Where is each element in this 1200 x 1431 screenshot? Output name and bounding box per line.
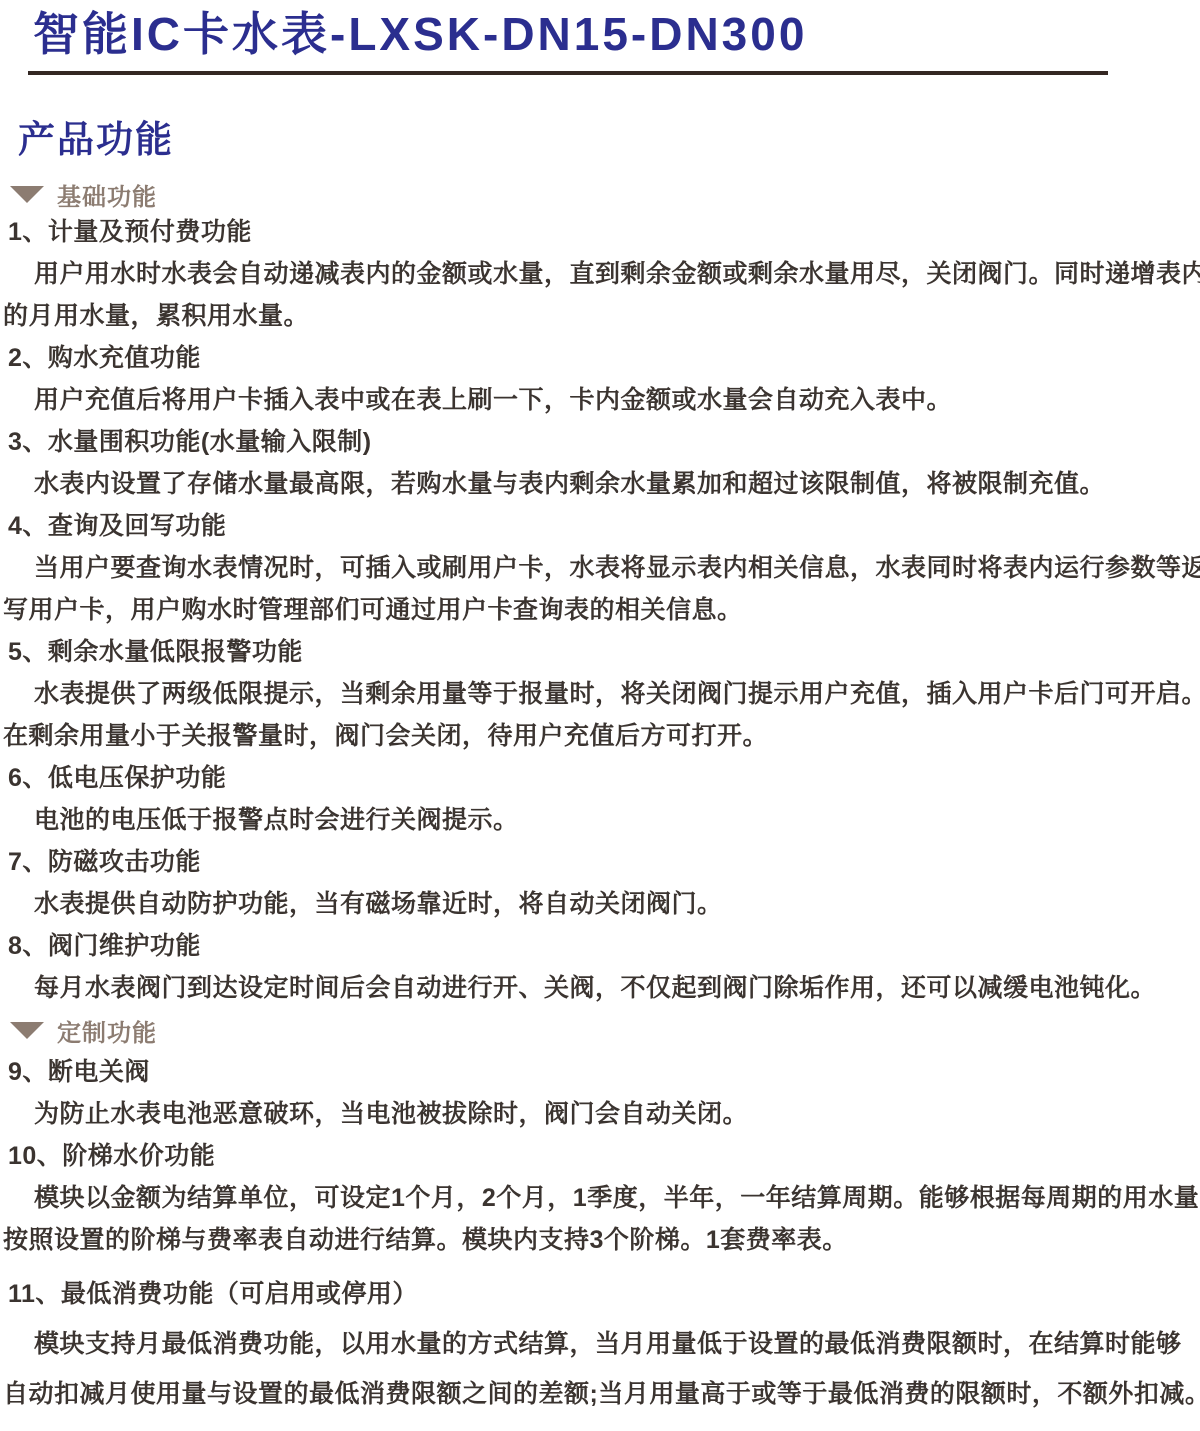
- group-label-basic: 基础功能: [10, 182, 1200, 206]
- triangle-down-icon: [10, 186, 44, 203]
- item-line: 水表内设置了存储水量最高限，若购水量与表内剩余水量累加和超过该限制值，将被限制充…: [0, 463, 1200, 505]
- item-heading: 11、最低消费功能（可启用或停用）: [0, 1269, 1200, 1319]
- item-line: 写用户卡，用户购水时管理部们可通过用户卡查询表的相关信息。: [0, 589, 1200, 631]
- item-line: 水表提供了两级低限提示，当剩余用量等于报量时，将关闭阀门提示用户充值，插入用户卡…: [0, 673, 1200, 715]
- item-heading: 7、防磁攻击功能: [0, 841, 1200, 883]
- item-line: 每月水表阀门到达设定时间后会自动进行开、关阀，不仅起到阀门除垢作用，还可以减缓电…: [0, 967, 1200, 1009]
- feature-item: 3、水量围积功能(水量输入限制) 水表内设置了存储水量最高限，若购水量与表内剩余…: [0, 421, 1200, 505]
- triangle-down-icon: [10, 1022, 44, 1039]
- item-line: 当用户要查询水表情况时，可插入或刷用户卡，水表将显示表内相关信息，水表同时将表内…: [0, 547, 1200, 589]
- item-line: 为防止水表电池恶意破环，当电池被拔除时，阀门会自动关闭。: [0, 1093, 1200, 1135]
- item-line: 模块以金额为结算单位，可设定1个月，2个月，1季度，半年，一年结算周期。能够根据…: [0, 1177, 1200, 1219]
- item-heading: 2、购水充值功能: [0, 337, 1200, 379]
- item-heading: 5、剩余水量低限报警功能: [0, 631, 1200, 673]
- document-page: 智能IC卡水表-LXSK-DN15-DN300 产品功能 基础功能 1、计量及预…: [0, 0, 1200, 1431]
- item-heading: 10、阶梯水价功能: [0, 1135, 1200, 1177]
- feature-item: 6、低电压保护功能 电池的电压低于报警点时会进行关阀提示。: [0, 757, 1200, 841]
- group-label-text: 定制功能: [57, 1013, 157, 1048]
- item-line: 在剩余用量小于关报警量时，阀门会关闭，待用户充值后方可打开。: [0, 715, 1200, 757]
- feature-item: 11、最低消费功能（可启用或停用） 模块支持月最低消费功能，以用水量的方式结算，…: [0, 1269, 1200, 1419]
- feature-item: 7、防磁攻击功能 水表提供自动防护功能，当有磁场靠近时，将自动关闭阀门。: [0, 841, 1200, 925]
- item-line: 按照设置的阶梯与费率表自动进行结算。模块内支持3个阶梯。1套费率表。: [0, 1219, 1200, 1261]
- item-heading: 6、低电压保护功能: [0, 757, 1200, 799]
- feature-item: 9、断电关阀 为防止水表电池恶意破环，当电池被拔除时，阀门会自动关闭。: [0, 1051, 1200, 1135]
- item-line: 模块支持月最低消费功能，以用水量的方式结算，当月用量低于设置的最低消费限额时，在…: [0, 1319, 1200, 1369]
- page-title: 智能IC卡水表-LXSK-DN15-DN300: [33, 6, 1200, 62]
- item-heading: 3、水量围积功能(水量输入限制): [0, 421, 1200, 463]
- group-label-custom: 定制功能: [10, 1009, 1200, 1051]
- feature-item: 10、阶梯水价功能 模块以金额为结算单位，可设定1个月，2个月，1季度，半年，一…: [0, 1135, 1200, 1261]
- feature-item: 1、计量及预付费功能 用户用水时水表会自动递减表内的金额或水量，直到剩余金额或剩…: [0, 211, 1200, 337]
- item-heading: 9、断电关阀: [0, 1051, 1200, 1093]
- item-line: 的月用水量，累积用水量。: [0, 295, 1200, 337]
- item-line: 用户用水时水表会自动递减表内的金额或水量，直到剩余金额或剩余水量用尽，关闭阀门。…: [0, 253, 1200, 295]
- item-line: 电池的电压低于报警点时会进行关阀提示。: [0, 799, 1200, 841]
- feature-item: 5、剩余水量低限报警功能 水表提供了两级低限提示，当剩余用量等于报量时，将关闭阀…: [0, 631, 1200, 757]
- feature-list: 1、计量及预付费功能 用户用水时水表会自动递减表内的金额或水量，直到剩余金额或剩…: [0, 211, 1200, 1419]
- section-heading: 产品功能: [18, 120, 1200, 160]
- group-label-text: 基础功能: [57, 177, 157, 212]
- feature-item: 8、阀门维护功能 每月水表阀门到达设定时间后会自动进行开、关阀，不仅起到阀门除垢…: [0, 925, 1200, 1009]
- item-line: 水表提供自动防护功能，当有磁场靠近时，将自动关闭阀门。: [0, 883, 1200, 925]
- item-heading: 8、阀门维护功能: [0, 925, 1200, 967]
- feature-item: 4、查询及回写功能 当用户要查询水表情况时，可插入或刷用户卡，水表将显示表内相关…: [0, 505, 1200, 631]
- item-line: 用户充值后将用户卡插入表中或在表上刷一下，卡内金额或水量会自动充入表中。: [0, 379, 1200, 421]
- item-heading: 1、计量及预付费功能: [0, 211, 1200, 253]
- feature-item: 2、购水充值功能 用户充值后将用户卡插入表中或在表上刷一下，卡内金额或水量会自动…: [0, 337, 1200, 421]
- item-line: 自动扣减月使用量与设置的最低消费限额之间的差额;当月用量高于或等于最低消费的限额…: [0, 1369, 1200, 1419]
- item-heading: 4、查询及回写功能: [0, 505, 1200, 547]
- title-underline: [28, 71, 1108, 75]
